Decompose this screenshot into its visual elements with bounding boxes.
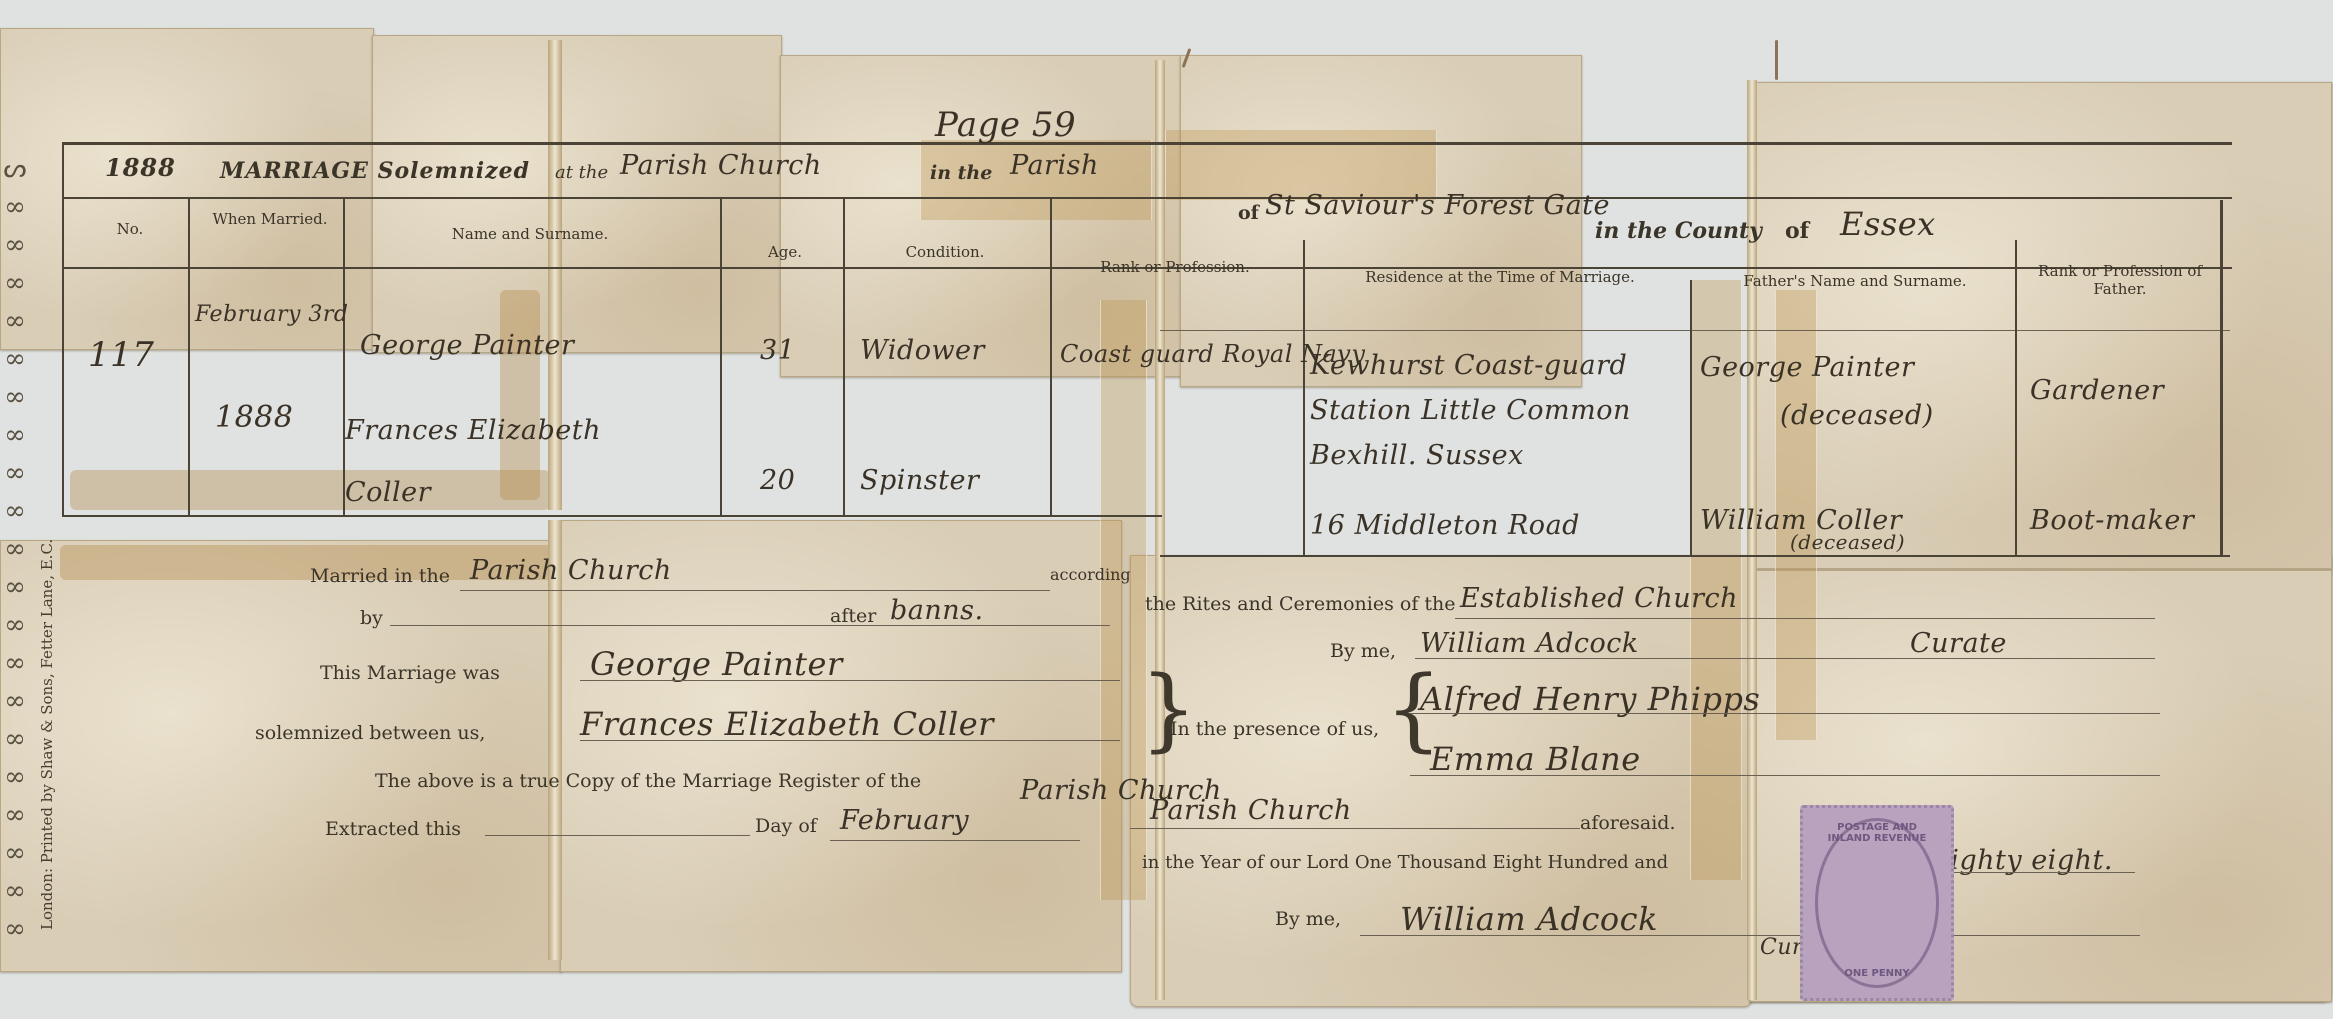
aforesaid-label: aforesaid. <box>1580 812 1675 834</box>
after-value: banns. <box>890 595 984 626</box>
rites-label: the Rites and Ceremonies of the <box>1145 593 1456 615</box>
final-by-me-value: William Adcock <box>1400 900 1658 938</box>
bride-father-rank: Boot-maker <box>2030 505 2194 536</box>
groom-name: George Painter <box>360 330 574 361</box>
at-label: at the <box>555 162 608 183</box>
extracted-label: Extracted this <box>325 818 461 840</box>
tape-strip <box>1100 300 1147 900</box>
when-married-date: February 3rd <box>195 302 349 327</box>
table-header-divider <box>62 197 2232 199</box>
groom-condition: Widower <box>860 335 985 366</box>
revenue-stamp: POSTAGE AND INLAND REVENUE ONE PENNY <box>1800 805 1954 1001</box>
bride-father-note: (deceased) <box>1790 530 1905 554</box>
col-header-residence: Residence at the Time of Marriage. <box>1320 268 1680 286</box>
col-header-no: No. <box>80 220 180 238</box>
panel-bottom-3 <box>1130 555 1752 1007</box>
col-header-father-name: Father's Name and Surname. <box>1700 272 2010 290</box>
left-brace: } <box>1140 665 1197 755</box>
certify-label: The above is a true Copy of the Marriage… <box>375 770 921 792</box>
parish-value: Parish <box>1010 150 1099 181</box>
by-me-value: William Adcock <box>1420 628 1639 659</box>
table-border-top <box>62 142 2232 145</box>
fill-line <box>1945 872 2135 873</box>
witness-2: Emma Blane <box>1430 740 1641 778</box>
solemnized-label-2: solemnized between us, <box>255 722 485 744</box>
col-divider <box>188 197 190 517</box>
bride-signature: Frances Elizabeth Coller <box>580 705 994 743</box>
fill-line <box>1455 618 2155 619</box>
groom-residence-3: Bexhill. Sussex <box>1310 440 1524 471</box>
of-label: of <box>1238 202 1259 224</box>
fill-line <box>1410 713 2160 714</box>
county-of-label: of <box>1785 218 1809 244</box>
table-border-left <box>62 142 64 517</box>
by-label: by <box>360 607 383 629</box>
groom-signature: George Painter <box>590 645 843 683</box>
fill-line <box>1415 658 2155 659</box>
ornamental-border: ᔕ∞∞∞∞∞∞∞∞∞∞∞∞∞∞∞∞∞∞∞∞ <box>0 150 30 948</box>
bride-residence: 16 Middleton Road <box>1310 510 1580 541</box>
entry-number: 117 <box>88 335 154 375</box>
in-the-label: in the <box>930 162 992 184</box>
parish-name: St Saviour's Forest Gate <box>1265 190 1610 221</box>
day-of-label: Day of <box>755 815 817 837</box>
col-header-when-married: When Married. <box>200 210 340 228</box>
county-label: in the County <box>1595 218 1762 244</box>
table-border-right <box>2220 200 2223 557</box>
printer-imprint: London: Printed by Shaw & Sons, Fetter L… <box>38 539 56 930</box>
fill-line <box>830 840 1080 841</box>
fill-line <box>390 625 1110 626</box>
fill-line <box>1130 828 1580 829</box>
panel-bottom-1 <box>0 540 562 972</box>
col-divider <box>1050 197 1052 517</box>
by-me-title: Curate <box>1910 628 2007 659</box>
col-header-name: Name and Surname. <box>360 225 700 243</box>
according-value: Established Church <box>1460 583 1738 614</box>
col-header-father-rank: Rank or Profession of Father. <box>2025 262 2215 298</box>
fill-line <box>1410 775 2160 776</box>
church-aforesaid-value: Parish Church <box>1150 795 1352 826</box>
col-divider <box>1303 240 1305 555</box>
page-note: Page 59 <box>935 105 1076 145</box>
at-value: Parish Church <box>620 150 822 181</box>
day-of-value: February <box>840 805 969 836</box>
col-header-age: Age. <box>730 243 840 261</box>
groom-residence-1: Kewhurst Coast-guard <box>1310 350 1627 381</box>
final-by-me-label: By me, <box>1275 908 1341 930</box>
col-divider <box>843 197 845 517</box>
stamp-text: POSTAGE AND INLAND REVENUE <box>1803 822 1951 844</box>
married-in-value: Parish Church <box>470 555 672 586</box>
col-header-condition: Condition. <box>850 243 1040 261</box>
bride-age: 20 <box>760 465 795 496</box>
fill-line <box>1360 935 2140 936</box>
groom-residence-2: Station Little Common <box>1310 395 1631 426</box>
groom-age: 31 <box>760 335 795 366</box>
panel-bottom-2 <box>560 520 1122 972</box>
solemnized-label-1: This Marriage was <box>320 662 500 684</box>
when-married-year: 1888 <box>215 400 293 435</box>
panel-top-right <box>1755 82 2332 569</box>
county-value: Essex <box>1840 205 1936 243</box>
col-divider <box>720 197 722 517</box>
table-border-bottom <box>1160 555 2230 557</box>
bride-name: Frances Elizabeth Coller <box>345 400 675 524</box>
fold-crease <box>548 520 562 960</box>
groom-father-rank: Gardener <box>2030 375 2164 406</box>
register-title: MARRIAGE Solemnized <box>220 158 530 184</box>
according-label: according to the Rites and Ceremonies of… <box>1050 565 1130 584</box>
binding-string <box>1775 40 1778 80</box>
groom-father-name: George Painter <box>1700 352 1914 383</box>
year-label: in the Year of our Lord One Thousand Eig… <box>1142 852 1668 873</box>
fill-line <box>485 835 750 836</box>
col-divider <box>2015 240 2017 555</box>
presence-label: In the presence of us, <box>1170 718 1379 740</box>
married-in-label: Married in the <box>310 565 450 587</box>
stamp-value: ONE PENNY <box>1803 968 1951 979</box>
col-header-rank: Rank or Profession. <box>1060 258 1290 276</box>
register-year: 1888 <box>105 153 176 182</box>
fill-line <box>580 680 1120 681</box>
after-label: after <box>830 605 876 627</box>
fill-line <box>580 740 1120 741</box>
fill-line <box>460 590 1050 591</box>
col-divider <box>1690 280 1692 555</box>
table-row-divider <box>1160 330 2230 331</box>
bride-condition: Spinster <box>860 465 979 496</box>
groom-father-note: (deceased) <box>1780 400 1934 431</box>
